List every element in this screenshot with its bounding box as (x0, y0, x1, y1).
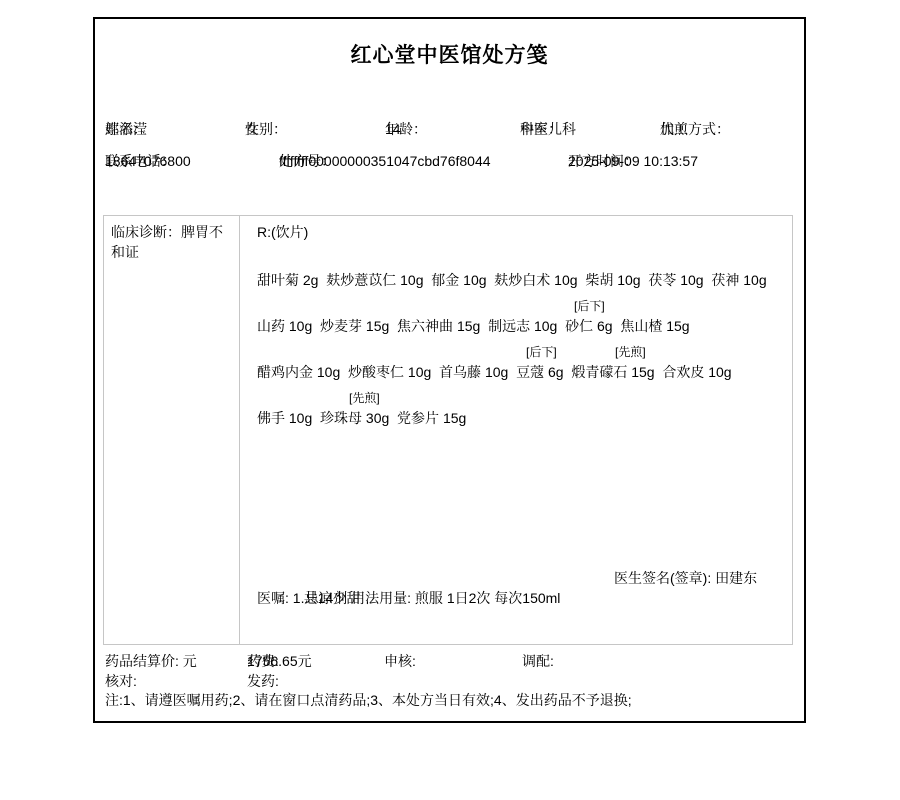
process-method-value: 代煎 (660, 119, 688, 139)
patient-gender-value: 女 (245, 119, 259, 139)
diagnosis-cell: 临床诊断：脾胃不和证 (104, 216, 240, 644)
drug-line-2: 山药 10g 炒麦芽 15g 焦六神曲 15g 制远志 10g 砂仁 6g 焦山… (257, 316, 784, 336)
footer-row-1: 药品结算价: 元 药费: 1756.65元 申核: 调配: (95, 651, 804, 671)
settle-price-field: 药品结算价: 元 (105, 651, 197, 671)
decoction-note-row-1: [后下] (257, 296, 784, 316)
doctor-signature: 医生签名(签章): 田建东 (614, 568, 757, 588)
phone-value: 18647076800 (105, 151, 191, 171)
decoction-note-xianjian: [先煎] (349, 388, 380, 408)
page-title: 红心堂中医馆处方笺 (95, 39, 804, 69)
issue-field: 发药: (247, 671, 279, 691)
patient-dept-value: 中医儿科 (520, 119, 576, 139)
prescription-sheet: 红心堂中医馆处方笺 姓名：鄢添滢 性别：女 年龄：14 科室：中医儿科 加工方式… (93, 17, 806, 723)
rx-time-value: 2025-09-09 10:13:57 (568, 151, 698, 171)
patient-name-value: 鄢添滢 (105, 119, 147, 139)
doctor-signature-label: 医生签名(签章): (614, 570, 715, 586)
check-field: 核对: (105, 671, 137, 691)
dispense-field: 调配: (522, 651, 554, 671)
decoction-note-row-2: [后下] [先煎] (257, 342, 784, 362)
drug-line-4: 佛手 10g 珍珠母 30g 党参片 15g (257, 408, 784, 428)
patient-age-value: 14 (385, 119, 401, 139)
decoction-note-houxia: [后下] (574, 296, 605, 316)
patient-info-row-2: 联系电话：18647076800 处方号：ffffffff00000000351… (95, 151, 804, 171)
screen-canvas: 红心堂中医馆处方笺 姓名：鄢添滢 性别：女 年龄：14 科室：中医儿科 加工方式… (0, 0, 900, 800)
footer-note: 注:1、请遵医嘱用药;2、请在窗口点清药品;3、本处方当日有效;4、发出药品不予… (105, 690, 632, 710)
medicine-fee-value: 1756.65元 (247, 651, 312, 671)
drug-line-1: 甜叶菊 2g 麸炒薏苡仁 10g 郁金 10g 麸炒白术 10g 柴胡 10g … (257, 270, 784, 290)
decoction-note-row-3: [先煎] (257, 388, 784, 408)
rx-header: R:(饮片) (257, 222, 784, 242)
decoction-note-houxia: [后下] (526, 342, 557, 362)
prescription-table: 临床诊断：脾胃不和证 R:(饮片) 甜叶菊 2g 麸炒薏苡仁 10g 郁金 10… (103, 215, 793, 645)
dosage-row: 共14剂 用法用量: 煎服 1日2次 每次150ml 医生签名(签章): 田建东 (257, 568, 784, 588)
review-field: 申核: (384, 651, 416, 671)
doctor-signature-value: 田建东 (715, 570, 757, 586)
rx-number-value: ffffffff00000000351047cbd76f8044 (279, 151, 491, 171)
dosage-text: 共14剂 用法用量: 煎服 1日2次 每次150ml (304, 590, 561, 606)
rx-bottom-block: 共14剂 用法用量: 煎服 1日2次 每次150ml 医生签名(签章): 田建东… (257, 568, 784, 608)
rx-cell: R:(饮片) 甜叶菊 2g 麸炒薏苡仁 10g 郁金 10g 麸炒白术 10g … (240, 216, 792, 644)
diagnosis-label: 临床诊断： (111, 224, 181, 240)
decoction-note-xianjian: [先煎] (615, 342, 646, 362)
footer-row-2: 核对: 发药: (95, 671, 804, 691)
patient-info-row-1: 姓名：鄢添滢 性别：女 年龄：14 科室：中医儿科 加工方式：代煎 (95, 119, 804, 139)
drug-line-3: 醋鸡内金 10g 炒酸枣仁 10g 首乌藤 10g 豆蔻 6g 煅青礞石 15g… (257, 362, 784, 382)
